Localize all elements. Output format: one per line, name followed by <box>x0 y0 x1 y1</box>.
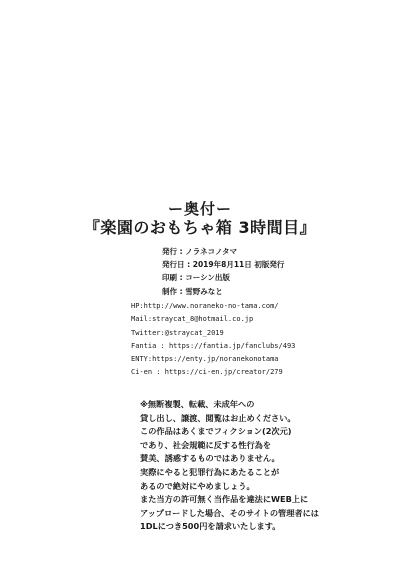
link-label: Ci-en <box>131 368 152 376</box>
notice-line: あるので絶対にやめましょう。 <box>140 480 319 494</box>
link-value: https://fantia.jp/fanclubs/493 <box>169 342 295 350</box>
credit-value: コーシン出版 <box>185 273 230 282</box>
link-value: straycat_8@hotmail.co.jp <box>152 315 253 323</box>
credit-publisher: 発行 : ノラネコノタマ <box>162 245 284 258</box>
notice-line: アップロードした場合、そのサイトの管理者には <box>140 507 319 521</box>
notice-line: 貸し出し、譲渡、閲覧はお止めください。 <box>140 412 319 426</box>
link-cien: Ci-en : https://ci-en.jp/creator/279 <box>131 366 295 379</box>
credit-printer: 印刷 : コーシン出版 <box>162 271 284 284</box>
colophon-heading: ー奥付ー <box>0 200 400 218</box>
credit-publish-date: 発行日 : 2019年8月11日 初版発行 <box>162 258 284 271</box>
notice-line: であり、社会規範に反する性行為を <box>140 439 319 453</box>
link-label: Fantia <box>131 342 156 350</box>
notice-line: ※無断複製、転載、未成年への <box>140 398 319 412</box>
link-label: Twitter <box>131 329 161 337</box>
notice-line: 実際にやると犯罪行為にあたることが <box>140 466 319 480</box>
link-label: ENTY <box>131 355 148 363</box>
link-enty: ENTY:https://enty.jp/noranekonotama <box>131 353 295 366</box>
credit-label: 発行日 <box>162 260 185 269</box>
credit-value: ノラネコノタマ <box>185 247 237 256</box>
notice-line: 1DLにつき500円を請求いたします。 <box>140 520 319 534</box>
link-twitter: Twitter:@straycat_2019 <box>131 327 295 340</box>
notice-line: 賛美、誘惑するものではありません。 <box>140 452 319 466</box>
credit-label: 制作 <box>162 287 177 296</box>
contact-links: HP:http://www.noraneko-no-tama.com/ Mail… <box>131 300 295 380</box>
book-title: 『楽園のおもちゃ箱 3時間目』 <box>0 218 400 238</box>
link-value: @straycat_2019 <box>165 329 224 337</box>
credit-value: 雪野みなと <box>185 287 223 296</box>
colophon-page: ー奥付ー 『楽園のおもちゃ箱 3時間目』 発行 : ノラネコノタマ 発行日 : … <box>0 0 400 565</box>
link-value: https://enty.jp/noranekonotama <box>152 355 278 363</box>
link-value: https://ci-en.jp/creator/279 <box>165 368 283 376</box>
credit-producer: 制作 : 雪野みなと <box>162 285 284 298</box>
credits-block: 発行 : ノラネコノタマ 発行日 : 2019年8月11日 初版発行 印刷 : … <box>162 245 284 298</box>
legal-notice: ※無断複製、転載、未成年への 貸し出し、譲渡、閲覧はお止めください。 この作品は… <box>140 398 319 534</box>
notice-line: この作品はあくまでフィクション(2次元) <box>140 425 319 439</box>
link-label: Mail <box>131 315 148 323</box>
link-hp: HP:http://www.noraneko-no-tama.com/ <box>131 300 295 313</box>
credit-label: 印刷 <box>162 273 177 282</box>
credit-label: 発行 <box>162 247 177 256</box>
credit-value: 2019年8月11日 初版発行 <box>193 260 285 269</box>
link-fantia: Fantia : https://fantia.jp/fanclubs/493 <box>131 340 295 353</box>
link-value: http://www.noraneko-no-tama.com/ <box>144 302 279 310</box>
link-mail: Mail:straycat_8@hotmail.co.jp <box>131 313 295 326</box>
notice-line: また当方の許可無く当作品を違法にWEB上に <box>140 493 319 507</box>
